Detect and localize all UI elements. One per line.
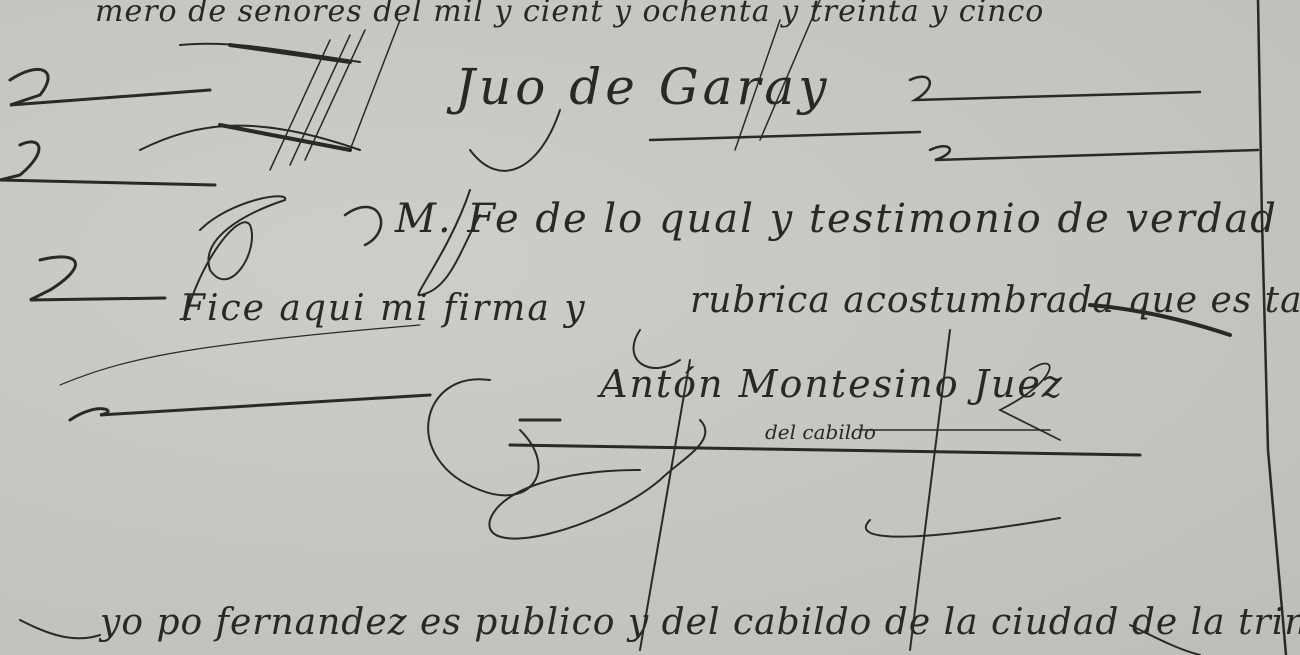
signature-subtitle: del cabildo xyxy=(765,420,876,444)
manuscript-line-4a: Fice aqui mi firma y xyxy=(180,288,587,329)
manuscript-line-6: yo po fernandez es publico y del cabildo… xyxy=(100,602,1300,643)
manuscript-line-4b: rubrica acostumbrada que es tal xyxy=(690,280,1300,321)
manuscript-line-3: M. Fe de lo qual y testimonio de verdad xyxy=(395,196,1278,242)
signature-second: Antón Montesino Juez xyxy=(600,362,1064,406)
manuscript-page: mero de senores del mil y cient y ochent… xyxy=(0,0,1300,655)
manuscript-line-1: mero de senores del mil y cient y ochent… xyxy=(95,0,1044,29)
signature-juan-de-garay: Juo de Garay xyxy=(455,58,830,116)
